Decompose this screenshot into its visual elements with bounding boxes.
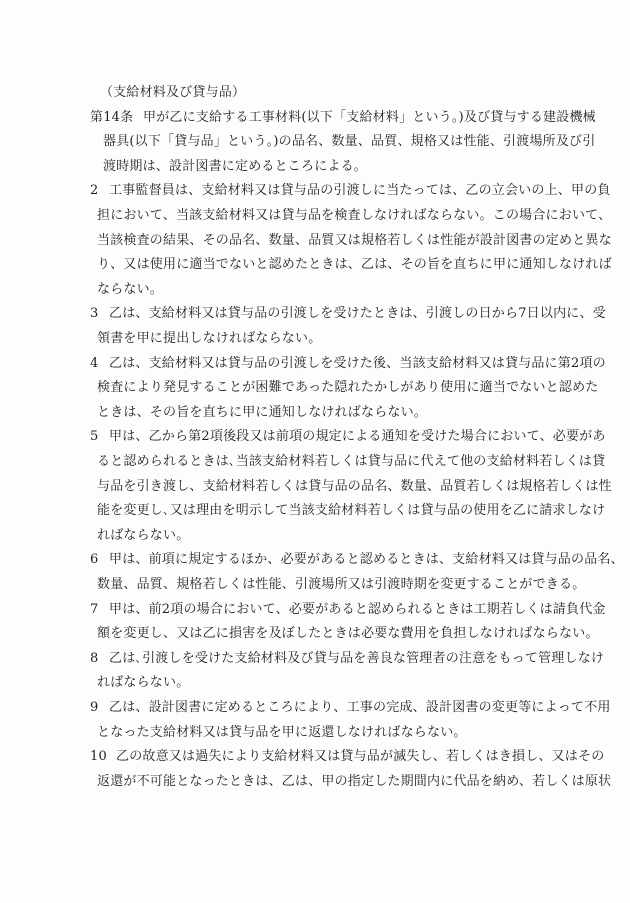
paragraph-number: 4 <box>90 354 109 374</box>
paragraph-line: 与品を引き渡し、支給材料若しくは貸与品の品名、数量、品質若しくは規格若しくは性 <box>97 477 546 497</box>
paragraph-line: ると認められるときは､当該支給材料若しくは貸与品に代えて他の支給材料若しくは貸 <box>97 452 546 472</box>
section-heading: （支給材料及び貸与品） <box>100 83 546 103</box>
line-text: 工事監督員は、支給材料又は貸与品の引渡しに当たっては、乙の立会いの上、甲の負 <box>109 181 546 201</box>
paragraph-line: 8乙は､引渡しを受けた支給材料及び貸与品を善良な管理者の注意をもって管理しなけ <box>90 649 546 669</box>
line-text: 甲は、乙から第2項後段又は前項の規定による通知を受けた場合において、必要があ <box>109 427 546 447</box>
article-line: 器具(以下「貸与品」という。)の品名、数量、品質、規格又は性能、引渡場所及び引 <box>103 132 546 152</box>
paragraph-line: 数量、品質、規格若しくは性能、引渡場所又は引渡時期を変更することができる。 <box>97 575 546 595</box>
line-text: 乙は､引渡しを受けた支給材料及び貸与品を善良な管理者の注意をもって管理しなけ <box>109 649 546 669</box>
line-text: 乙は、支給材料又は貸与品の引渡しを受けたときは、引渡しの日から7日以内に、受 <box>109 304 546 324</box>
paragraph-line: 能を変更し､又は理由を明示して当該支給材料若しくは貸与品の使用を乙に請求しなけ <box>97 501 546 521</box>
paragraph-line: 検査により発見することが困難であった隠れたかしがあり使用に適当でないと認めた <box>97 378 546 398</box>
paragraph-number: 10 <box>90 747 116 767</box>
paragraph-line: ればならない。 <box>97 526 546 546</box>
paragraph-number: 8 <box>90 649 109 669</box>
paragraph-line: 7甲は、前2項の場合において、必要があると認められるときは工期若しくは請負代金 <box>90 600 546 620</box>
paragraph-line: り、又は使用に適当でないと認めたときは、乙は、その旨を直ちに甲に通知しなければ <box>97 255 546 275</box>
paragraph-number: 9 <box>90 698 109 718</box>
paragraph-line: 10乙の故意又は過失により支給材料又は貸与品が滅失し、若しくはき損し、又はその <box>90 747 546 767</box>
article-line: 第14条甲が乙に支給する工事材料(以下「支給材料」という。)及び貸与する建設機械 <box>90 108 546 128</box>
document-page: （支給材料及び貸与品）第14条甲が乙に支給する工事材料(以下「支給材料」という。… <box>0 0 630 903</box>
paragraph-line: ときは、その旨を直ちに甲に通知しなければならない。 <box>97 403 546 423</box>
paragraph-number: 6 <box>90 550 109 570</box>
paragraph-number: 5 <box>90 427 109 447</box>
paragraph-line: 6甲は、前項に規定するほか、必要があると認めるときは、支給材料又は貸与品の品名、 <box>90 550 546 570</box>
paragraph-number: 2 <box>90 181 109 201</box>
paragraph-line: 領書を甲に提出しなければならない。 <box>97 329 546 349</box>
article-number: 第14条 <box>90 108 143 128</box>
paragraph-line: 担において、当該支給材料又は貸与品を検査しなければならない。この場合において、 <box>97 206 546 226</box>
line-text: 乙は、設計図書に定めるところにより、工事の完成、設計図書の変更等によって不用 <box>109 698 546 718</box>
line-text: 乙の故意又は過失により支給材料又は貸与品が滅失し、若しくはき損し、又はその <box>116 747 546 767</box>
paragraph-line: 3乙は、支給材料又は貸与品の引渡しを受けたときは、引渡しの日から7日以内に、受 <box>90 304 546 324</box>
paragraph-line: 9乙は、設計図書に定めるところにより、工事の完成、設計図書の変更等によって不用 <box>90 698 546 718</box>
line-text: 甲が乙に支給する工事材料(以下「支給材料」という。)及び貸与する建設機械 <box>143 108 546 128</box>
line-text: 甲は、前項に規定するほか、必要があると認めるときは、支給材料又は貸与品の品名、 <box>109 550 546 570</box>
line-text: 甲は、前2項の場合において、必要があると認められるときは工期若しくは請負代金 <box>109 600 546 620</box>
paragraph-line: 2工事監督員は、支給材料又は貸与品の引渡しに当たっては、乙の立会いの上、甲の負 <box>90 181 546 201</box>
paragraph-number: 3 <box>90 304 109 324</box>
paragraph-number: 7 <box>90 600 109 620</box>
line-text: 乙は、支給材料又は貸与品の引渡しを受けた後、当該支給材料又は貸与品に第2項の <box>109 354 546 374</box>
paragraph-line: 返還が不可能となったときは、乙は、甲の指定した期間内に代品を納め、若しくは原状 <box>97 772 546 792</box>
article-line: 渡時期は、設計図書に定めるところによる。 <box>103 157 546 177</box>
paragraph-line: ればならない。 <box>97 673 546 693</box>
paragraph-line: 額を変更し、又は乙に損害を及ぼしたときは必要な費用を負担しなければならない。 <box>97 624 546 644</box>
paragraph-line: 当該検査の結果、その品名、数量、品質又は規格若しくは性能が設計図書の定めと異な <box>97 231 546 251</box>
paragraph-line: となった支給材料又は貸与品を甲に返還しなければならない。 <box>97 723 546 743</box>
paragraph-line: 5甲は、乙から第2項後段又は前項の規定による通知を受けた場合において、必要があ <box>90 427 546 447</box>
paragraph-line: ならない。 <box>97 280 546 300</box>
paragraph-line: 4乙は、支給材料又は貸与品の引渡しを受けた後、当該支給材料又は貸与品に第2項の <box>90 354 546 374</box>
